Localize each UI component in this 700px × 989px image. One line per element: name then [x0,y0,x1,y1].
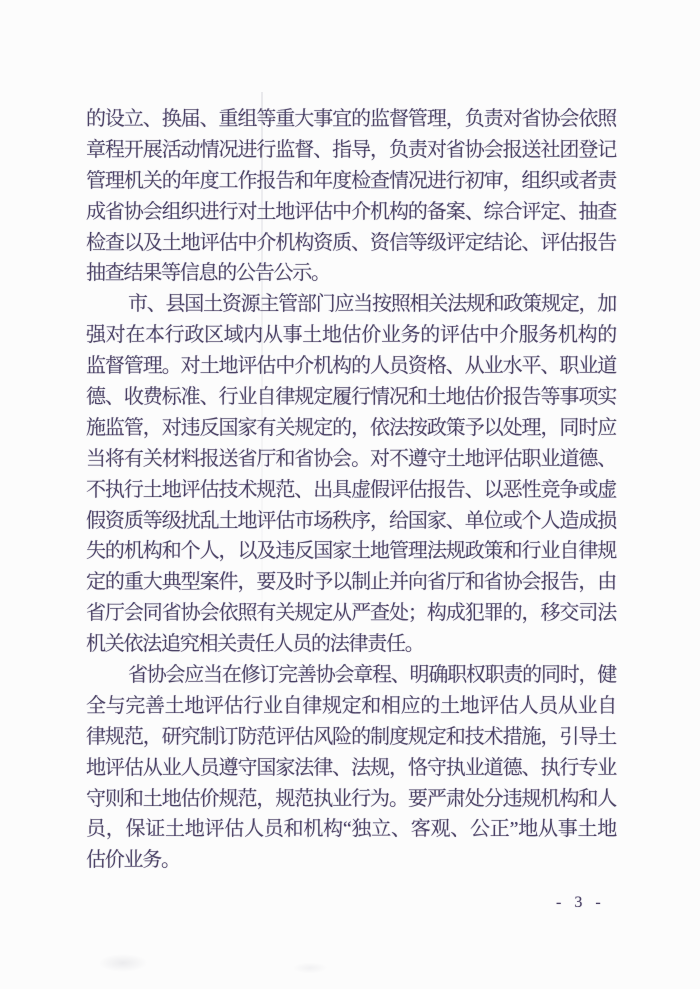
paragraph-3: 省协会应当在修订完善协会章程、明确职权职责的同时，健 全与完善土地评估行业自律规… [86,660,616,876]
page-number: - 3 - [556,894,604,912]
text-line: 假资质等级扰乱土地评估市场秩序，给国家、单位或个人造成损 [86,506,616,537]
text-line: 估价业务。 [86,845,616,876]
text-line: 机关依法追究相关责任人员的法律责任。 [86,629,616,660]
text-line: 当将有关材料报送省厅和省协会。对不遵守土地评估职业道德、 [86,444,616,475]
text-line: 强对在本行政区域内从事土地估价业务的评估中介服务机构的 [86,320,616,351]
document-page: 的设立、换届、重组等重大事宜的监督管理，负责对省协会依照 章程开展活动情况进行监… [0,0,700,989]
text-line: 省厅会同省协会依照有关规定从严查处；构成犯罪的，移交司法 [86,598,616,629]
text-line: 市、县国土资源主管部门应当按照相关法规和政策规定，加 [86,289,616,320]
text-line: 失的机构和个人，以及违反国家土地管理法规政策和行业自律规 [86,536,616,567]
text-line: 不执行土地评估技术规范、出具虚假评估报告、以恶性竞争或虚 [86,475,616,506]
text-line: 德、收费标准、行业自律规定履行情况和土地估价报告等事项实 [86,382,616,413]
document-body: 的设立、换届、重组等重大事宜的监督管理，负责对省协会依照 章程开展活动情况进行监… [86,104,616,876]
text-line: 省协会应当在修订完善协会章程、明确职权职责的同时，健 [86,660,616,691]
text-line: 监督管理。对土地评估中介机构的人员资格、从业水平、职业道 [86,351,616,382]
text-line: 成省协会组织进行对土地评估中介机构的备案、综合评定、抽查 [86,197,616,228]
text-line: 全与完善土地评估行业自律规定和相应的土地评估人员从业自 [86,691,616,722]
paragraph-2: 市、县国土资源主管部门应当按照相关法规和政策规定，加 强对在本行政区域内从事土地… [86,289,616,660]
paragraph-1: 的设立、换届、重组等重大事宜的监督管理，负责对省协会依照 章程开展活动情况进行监… [86,104,616,289]
text-line: 章程开展活动情况进行监督、指导，负责对省协会报送社团登记 [86,135,616,166]
text-line: 的设立、换届、重组等重大事宜的监督管理，负责对省协会依照 [86,104,616,135]
text-line: 管理机关的年度工作报告和年度检查情况进行初审，组织或者责 [86,166,616,197]
text-line: 员，保证土地评估人员和机构“独立、客观、公正”地从事土地 [86,814,616,845]
text-line: 施监管，对违反国家有关规定的，依法按政策予以处理，同时应 [86,413,616,444]
text-line: 守则和土地估价规范，规范执业行为。要严肃处分违规机构和人 [86,784,616,815]
text-line: 律规范，研究制订防范评估风险的制度规定和技术措施，引导土 [86,722,616,753]
text-line: 地评估从业人员遵守国家法律、法规，恪守执业道德、执行专业 [86,753,616,784]
text-line: 抽查结果等信息的公告公示。 [86,258,616,289]
text-line: 检查以及土地评估中介机构资质、资信等级评定结论、评估报告 [86,228,616,259]
text-line: 定的重大典型案件，要及时予以制止并向省厅和省协会报告，由 [86,567,616,598]
